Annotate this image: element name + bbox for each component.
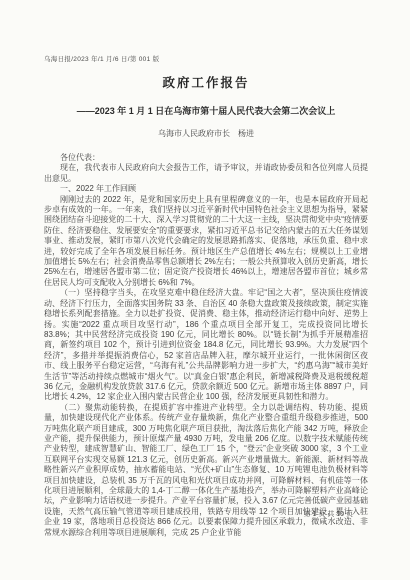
- report-byline: 乌海市人民政府市长 杨进: [44, 128, 368, 139]
- paragraph-intro: 现在，我代表市人民政府向大会报告工作，请予审议，并请政协委员和各位列席人员提出意…: [44, 163, 368, 184]
- paragraph-item-1-economy: （一）坚持稳字当头，在攻坚克难中稳住经济大盘。牢记“国之大者”，坚决顶住疫情波动…: [44, 288, 368, 402]
- report-body: 各位代表： 现在，我代表市人民政府向大会报告工作，请予审议，并请政协委员和各位列…: [44, 153, 368, 538]
- section-heading-2022-review: 一、2022 年工作回顾: [44, 184, 368, 194]
- page-number: 第 1 页 共 10 页: [304, 509, 353, 519]
- salutation: 各位代表：: [44, 153, 368, 163]
- paragraph-review-overview: 刚刚过去的 2022 年，是党和国家历史上具有里程碑意义的一年，也是本届政府开局…: [44, 195, 368, 289]
- document-page: { "page": { "dateline": "乌海日报/2023 年/1 月…: [0, 0, 410, 580]
- publication-dateline: 乌海日报/2023 年/1 月/6 日/第 001 版: [44, 54, 368, 63]
- report-page: 乌海日报/2023 年/1 月/6 日/第 001 版 政府工作报告 ——202…: [44, 54, 368, 538]
- report-title: 政府工作报告: [44, 73, 368, 91]
- report-subtitle: ——2023 年 1 月 1 日在乌海市第十届人民代表大会第二次会议上: [44, 104, 368, 117]
